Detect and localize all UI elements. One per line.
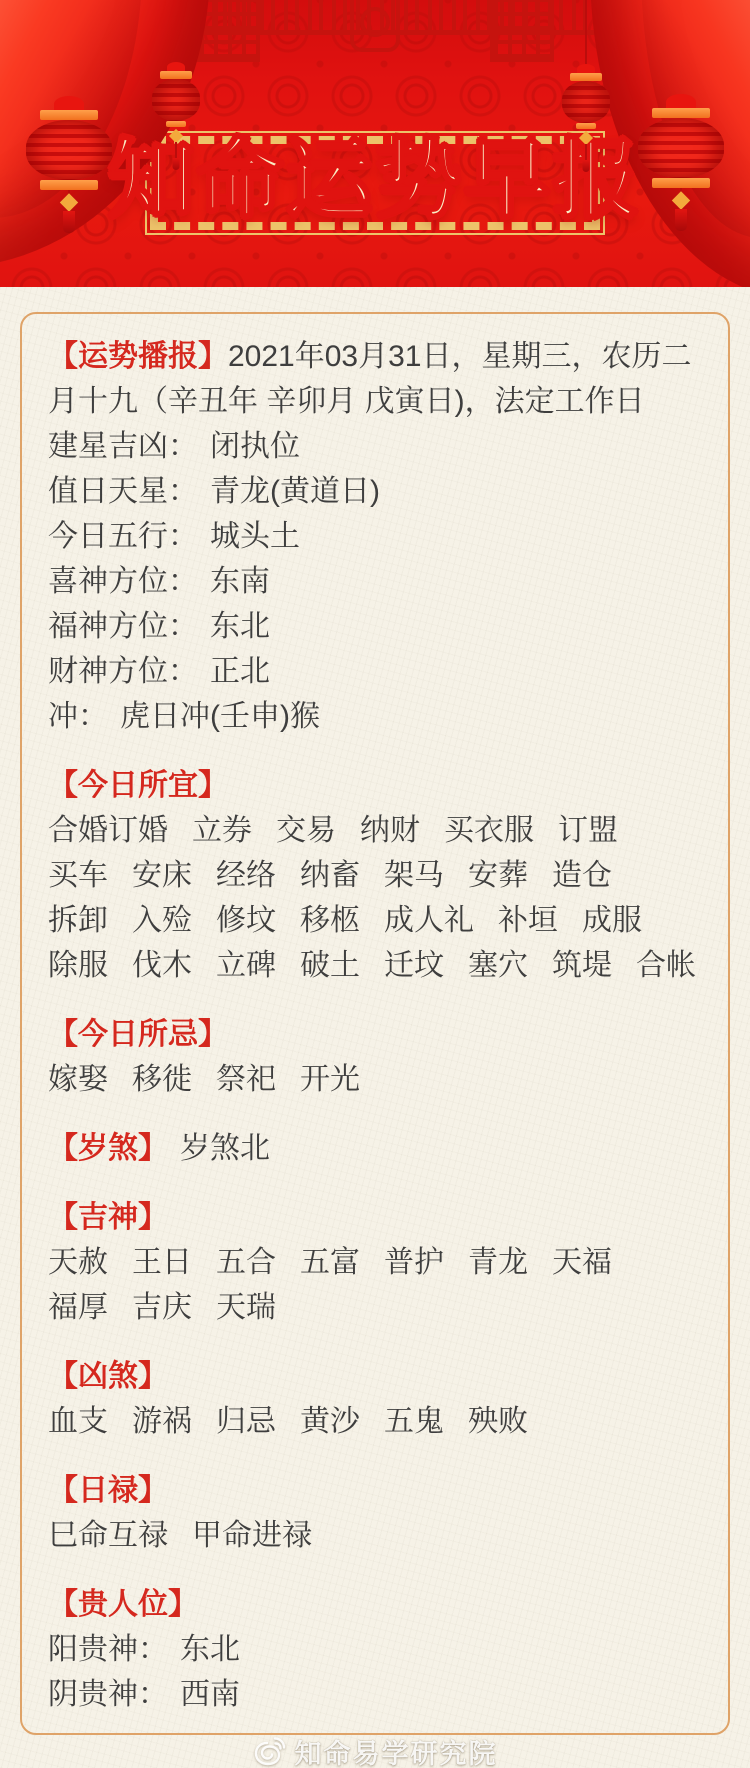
suisha-line: 【岁煞】岁煞北 <box>48 1126 702 1171</box>
section-suitable-heading: 【今日所宜】 <box>48 763 702 808</box>
info-row-xishen: 喜神方位：东南 <box>48 559 702 604</box>
list-item: 祭祀 <box>216 1057 276 1102</box>
lattice-drop-right <box>490 0 554 62</box>
row-value: 虎日冲(壬申)猴 <box>120 700 320 733</box>
info-row-jianxing: 建星吉凶：闭执位 <box>48 424 702 469</box>
broadcast-label: 【运势播报】 <box>48 340 228 373</box>
lantern-string <box>585 0 587 66</box>
row-value: 西南 <box>180 1678 240 1711</box>
list-item: 修坟 <box>216 898 276 943</box>
daily-lu-heading: 【日禄】 <box>48 1468 702 1513</box>
list-item: 殃败 <box>468 1399 528 1444</box>
list-item: 安葬 <box>468 853 528 898</box>
suisha-value: 岁煞北 <box>180 1132 270 1165</box>
row-value: 青龙(黄道日) <box>210 475 380 508</box>
list-item: 成人礼 <box>384 898 474 943</box>
list-item: 巳命互禄 <box>48 1513 168 1558</box>
noble-row-yang: 阳贵神：东北 <box>48 1627 702 1672</box>
evil-gods-heading: 【凶煞】 <box>48 1354 702 1399</box>
info-row-fushen: 福神方位：东北 <box>48 604 702 649</box>
list-item: 天瑞 <box>216 1285 276 1330</box>
header-banner: 知命运势早报 <box>0 0 750 287</box>
list-item: 纳畜 <box>300 853 360 898</box>
list-item: 成服 <box>582 898 642 943</box>
section-evil-gods: 【凶煞】 血支游祸归忌黄沙五鬼殃败 <box>48 1354 702 1444</box>
list-item: 合婚订婚 <box>48 808 168 853</box>
list-item: 纳财 <box>360 808 420 853</box>
list-item: 造仓 <box>552 853 612 898</box>
info-row-caishen: 财神方位：正北 <box>48 649 702 694</box>
row-label: 冲： <box>48 700 108 733</box>
row-value: 闭执位 <box>210 430 300 463</box>
section-auspicious-gods: 【吉神】 天赦王日五合五富普护青龙天福福厚吉庆天瑞 <box>48 1195 702 1330</box>
list-item: 筑堤 <box>552 943 612 988</box>
row-value: 正北 <box>210 655 270 688</box>
list-item: 血支 <box>48 1399 108 1444</box>
list-item: 订盟 <box>558 808 618 853</box>
list-item: 除服 <box>48 943 108 988</box>
list-item: 立券 <box>192 808 252 853</box>
list-item: 架马 <box>384 853 444 898</box>
row-label: 今日五行： <box>48 520 198 553</box>
row-label: 值日天星： <box>48 475 198 508</box>
suitable-items: 合婚订婚立券交易纳财买衣服订盟买车安床经络纳畜架马安葬造仓拆卸入殓修坟移柩成人礼… <box>48 808 702 988</box>
evil-gods-items: 血支游祸归忌黄沙五鬼殃败 <box>48 1399 702 1444</box>
noble-positions-heading: 【贵人位】 <box>48 1582 702 1627</box>
list-item: 交易 <box>276 808 336 853</box>
list-item: 补垣 <box>498 898 558 943</box>
row-value: 东北 <box>210 610 270 643</box>
footer-watermark: 知命易学研究院 <box>0 1734 750 1768</box>
row-label: 财神方位： <box>48 655 198 688</box>
list-item: 普护 <box>384 1240 444 1285</box>
row-value: 城头土 <box>210 520 300 553</box>
list-item: 黄沙 <box>300 1399 360 1444</box>
list-item: 五合 <box>216 1240 276 1285</box>
list-item: 合帐 <box>636 943 696 988</box>
list-item: 安床 <box>132 853 192 898</box>
list-item: 买衣服 <box>444 808 534 853</box>
info-row-wuxing: 今日五行：城头土 <box>48 514 702 559</box>
list-item: 买车 <box>48 853 108 898</box>
lantern-small-right <box>562 64 610 184</box>
lantern-large-right <box>638 8 724 244</box>
list-item: 开光 <box>300 1057 360 1102</box>
content-panel: 【运势播报】2021年03月31日，星期三，农历二月十九（辛丑年 辛卯月 戊寅日… <box>20 312 730 1735</box>
section-daily-lu: 【日禄】 巳命互禄甲命进禄 <box>48 1468 702 1558</box>
section-avoid: 【今日所忌】 嫁娶移徙祭祀开光 <box>48 1012 702 1102</box>
list-item: 甲命进禄 <box>192 1513 312 1558</box>
row-label: 阳贵神： <box>48 1633 168 1666</box>
row-value: 东南 <box>210 565 270 598</box>
list-item: 塞穴 <box>468 943 528 988</box>
section-noble-positions: 【贵人位】 阳贵神：东北 阴贵神：西南 <box>48 1582 702 1717</box>
list-item: 伐木 <box>132 943 192 988</box>
list-item: 移柩 <box>300 898 360 943</box>
list-item: 移徙 <box>132 1057 192 1102</box>
list-item: 嫁娶 <box>48 1057 108 1102</box>
row-label: 阴贵神： <box>48 1678 168 1711</box>
lantern-large-left <box>26 10 112 246</box>
row-label: 建星吉凶： <box>48 430 198 463</box>
list-item: 青龙 <box>468 1240 528 1285</box>
auspicious-gods-items: 天赦王日五合五富普护青龙天福福厚吉庆天瑞 <box>48 1240 702 1330</box>
lantern-small-left <box>152 62 200 182</box>
row-value: 东北 <box>180 1633 240 1666</box>
avoid-items: 嫁娶移徙祭祀开光 <box>48 1057 702 1102</box>
list-item: 迁坟 <box>384 943 444 988</box>
section-suisha: 【岁煞】岁煞北 <box>48 1126 702 1171</box>
row-label: 福神方位： <box>48 610 198 643</box>
daily-lu-items: 巳命互禄甲命进禄 <box>48 1513 702 1558</box>
suisha-label: 【岁煞】 <box>48 1132 168 1165</box>
list-item: 五富 <box>300 1240 360 1285</box>
list-item: 吉庆 <box>132 1285 192 1330</box>
list-item: 破土 <box>300 943 360 988</box>
section-suitable: 【今日所宜】 合婚订婚立券交易纳财买衣服订盟买车安床经络纳畜架马安葬造仓拆卸入殓… <box>48 763 702 988</box>
list-item: 五鬼 <box>384 1399 444 1444</box>
list-item: 王日 <box>132 1240 192 1285</box>
brand-name: 知命易学研究院 <box>295 1732 498 1768</box>
list-item: 归忌 <box>216 1399 276 1444</box>
broadcast-paragraph: 【运势播报】2021年03月31日，星期三，农历二月十九（辛丑年 辛卯月 戊寅日… <box>48 334 702 424</box>
noble-row-yin: 阴贵神：西南 <box>48 1672 702 1717</box>
info-row-zhiri: 值日天星：青龙(黄道日) <box>48 469 702 514</box>
list-item: 天福 <box>552 1240 612 1285</box>
list-item: 拆卸 <box>48 898 108 943</box>
list-item: 经络 <box>216 853 276 898</box>
lattice-medallion <box>350 0 400 52</box>
weibo-logo-icon <box>253 1735 287 1767</box>
fortune-poster: 知命运势早报 <box>0 0 750 1768</box>
row-label: 喜神方位： <box>48 565 198 598</box>
list-item: 福厚 <box>48 1285 108 1330</box>
section-avoid-heading: 【今日所忌】 <box>48 1012 702 1057</box>
list-item: 入殓 <box>132 898 192 943</box>
list-item: 天赦 <box>48 1240 108 1285</box>
list-item: 立碑 <box>216 943 276 988</box>
list-item: 游祸 <box>132 1399 192 1444</box>
auspicious-gods-heading: 【吉神】 <box>48 1195 702 1240</box>
info-row-chong: 冲：虎日冲(壬申)猴 <box>48 694 702 739</box>
